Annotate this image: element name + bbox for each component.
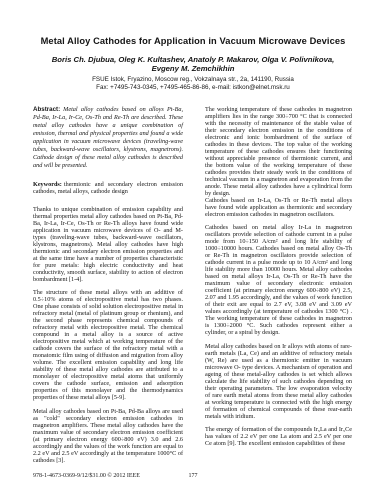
body-paragraph: The structure of these metal alloys with… [33,289,183,401]
right-column: The working temperature of these cathode… [205,106,352,454]
body-paragraph: Thanks to unique combination of emission… [33,206,183,283]
abstract-label: Abstract: [33,106,63,113]
authors-block: Boris Ch. Djubua, Oleg K. Kultashev, Ana… [0,55,386,73]
page-number: 177 [0,473,386,479]
paper-header: Metal Alloy Cathodes for Application in … [0,0,386,92]
contact-line: Fax: +7495-743-0345, +7495-465-86-86, e-… [0,84,386,92]
body-paragraph: Cathodes based on Ir-La, Os-Th or Re-Th … [205,197,352,218]
abstract-paragraph: Abstract:Metal alloy cathodes based on a… [33,106,183,170]
left-column: Abstract:Metal alloy cathodes based on a… [33,106,183,471]
affiliation-line: FSUE Istok, Fryazino, Moscow reg., Vokza… [0,76,386,84]
keywords-paragraph: Keywords:thermionic and secondary electr… [33,181,183,195]
keywords-label: Keywords: [33,181,64,188]
paper-page: Metal Alloy Cathodes for Application in … [0,0,386,500]
body-paragraph: Metal alloy cathodes based on Ir alloys … [205,343,352,420]
body-paragraph: The energy of formation of the compounds… [205,426,352,447]
page-title: Metal Alloy Cathodes for Application in … [0,36,386,47]
body-paragraph: Cathodes based on metal alloy Ir-La in m… [205,224,352,336]
authors-line-1: Boris Ch. Djubua, Oleg K. Kultashev, Ana… [0,55,386,64]
body-paragraph: The working temperature of these cathode… [205,106,352,197]
two-column-body: Abstract:Metal alloy cathodes based on a… [33,106,352,471]
affiliation-block: FSUE Istok, Fryazino, Moscow reg., Vokza… [0,76,386,92]
authors-line-2: Evgeny M. Zemchikhin [0,64,386,73]
abstract-text: Metal alloy cathodes based on alloys Pt-… [33,106,183,169]
body-paragraph: Metal alloy cathodes based on Pt-Ba, Pd-… [33,408,183,464]
